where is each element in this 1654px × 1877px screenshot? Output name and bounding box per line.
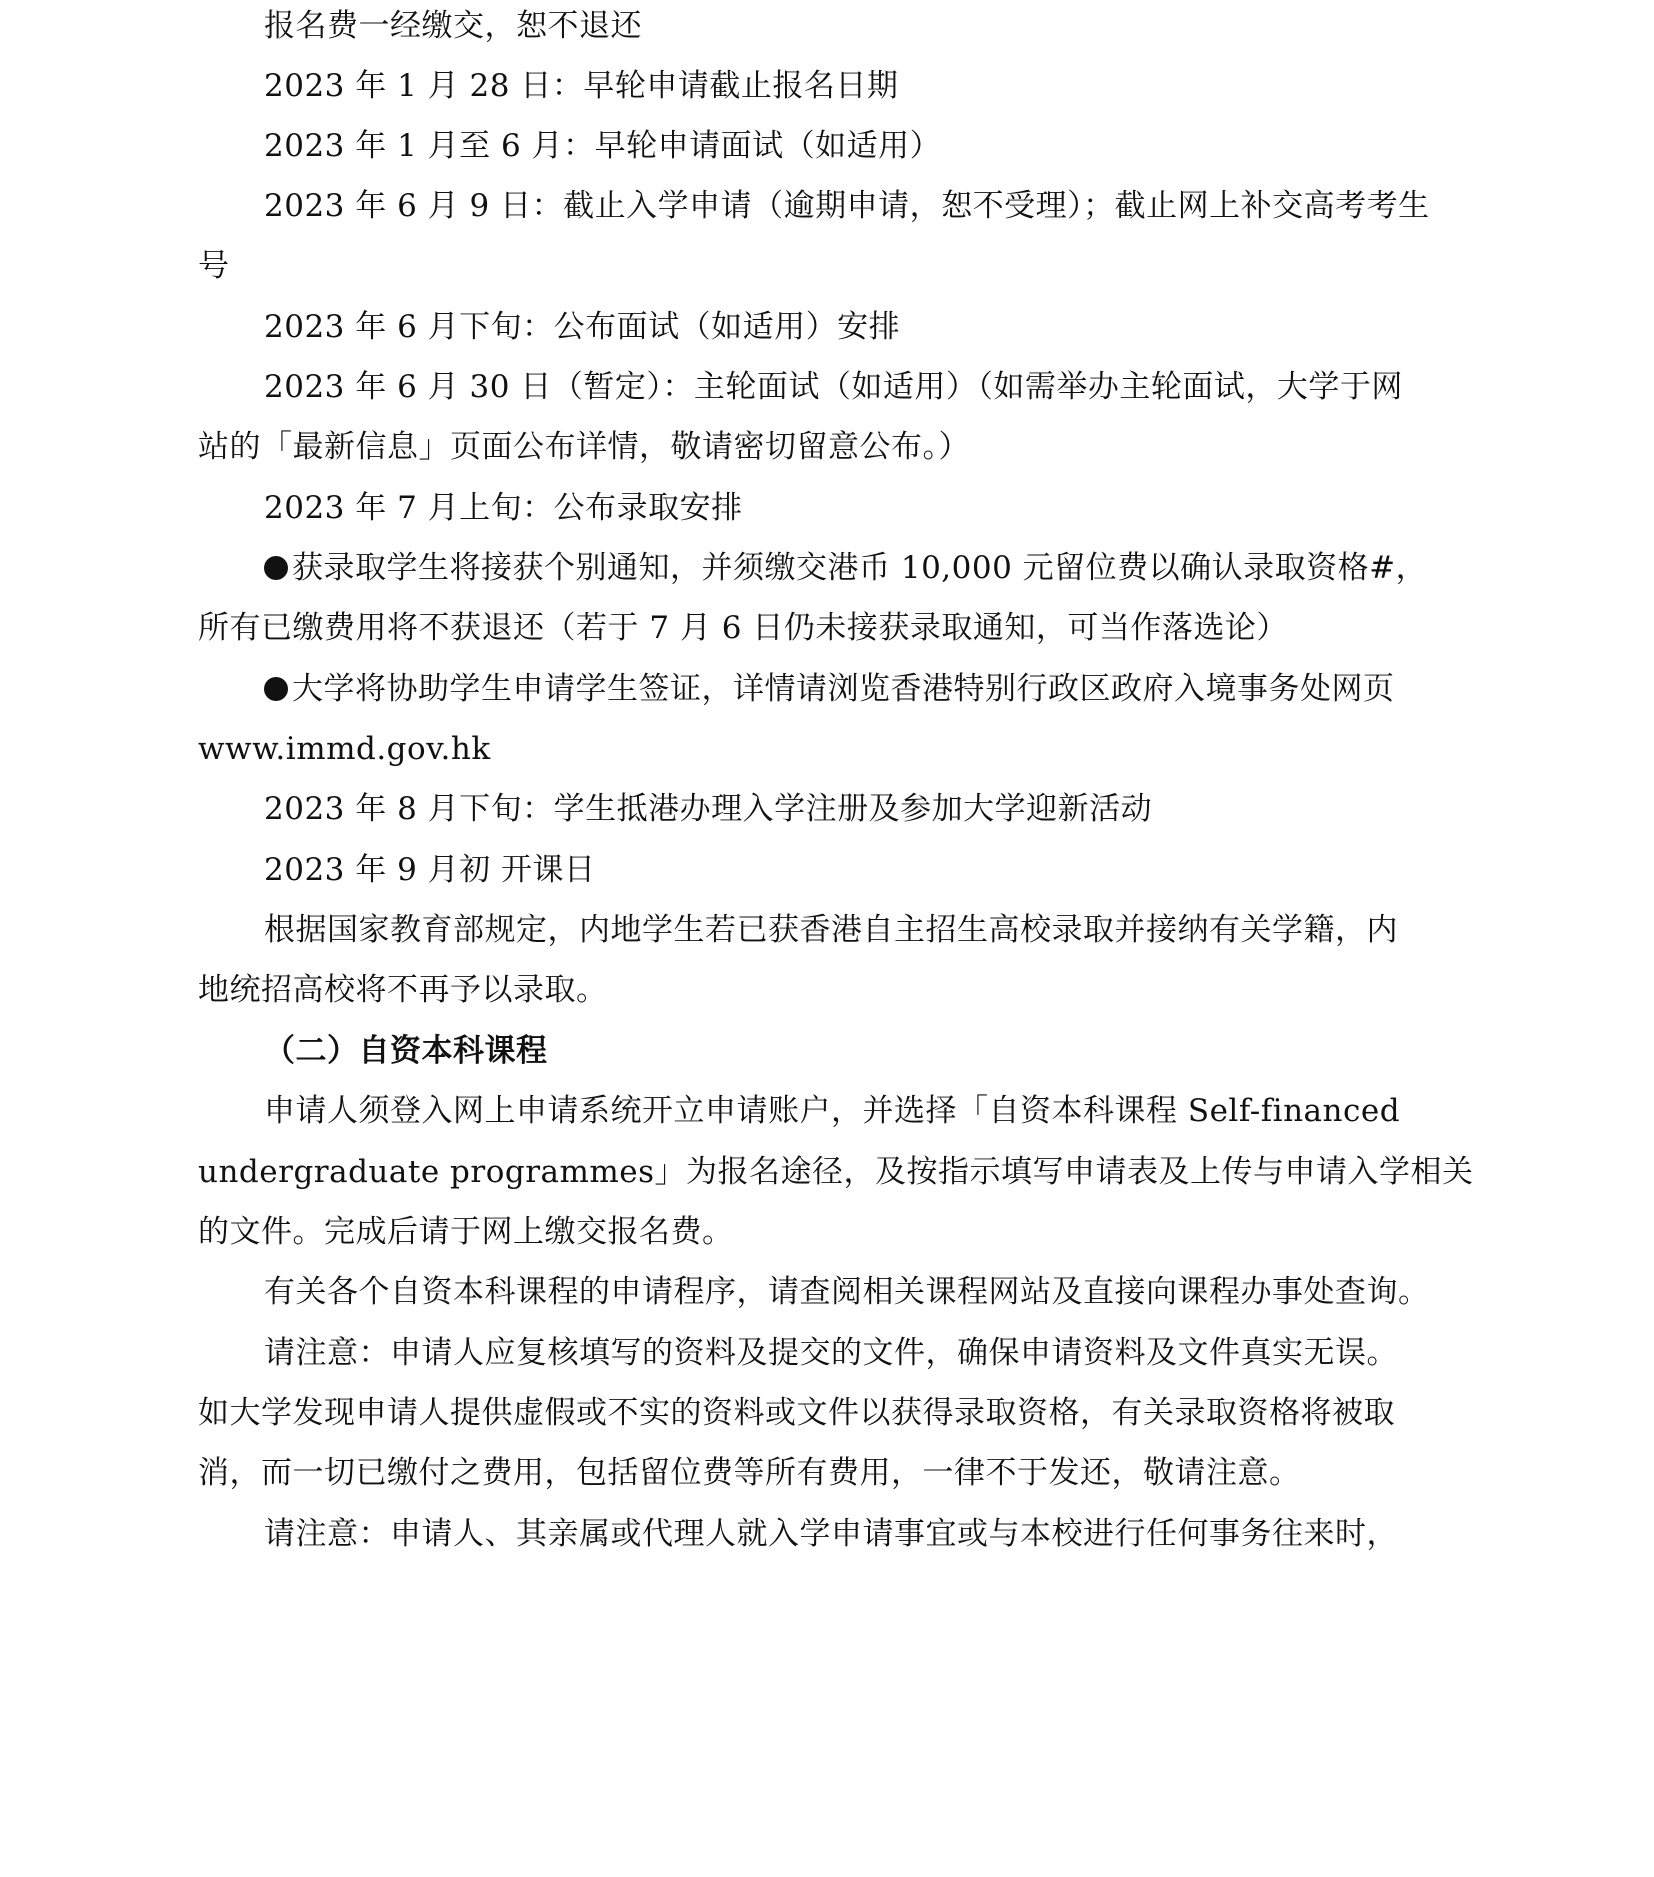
- online-application-continuation-2: 的文件。完成后请于网上缴交报名费。: [198, 1212, 734, 1252]
- early-round-interview-line: 2023 年 1 月至 6 月：早轮申请面试（如适用）: [264, 126, 941, 166]
- admission-notice-text: 获录取学生将接获个别通知，并须缴交港币 10,000 元留位费以确认录取资格#，: [292, 550, 1427, 586]
- main-round-interview-continuation: 站的「最新信息」页面公布详情，敬请密切留意公布。）: [198, 427, 970, 467]
- fee-nonrefundable-line: 报名费一经缴交，恕不退还: [264, 6, 642, 46]
- admission-notice-bullet: 获录取学生将接获个别通知，并须缴交港币 10,000 元留位费以确认录取资格#，: [264, 548, 1427, 588]
- immd-website-link[interactable]: www.immd.gov.hk: [198, 729, 491, 769]
- accuracy-notice-line: 请注意：申请人应复核填写的资料及提交的文件，确保申请资料及文件真实无误。: [264, 1333, 1398, 1373]
- student-visa-bullet: 大学将协助学生申请学生签证，详情请浏览香港特别行政区政府入境事务处网页: [264, 669, 1395, 709]
- moe-regulation-continuation: 地统招高校将不再予以录取。: [198, 970, 608, 1010]
- moe-regulation-line: 根据国家教育部规定，内地学生若已获香港自主招生高校录取并接纳有关学籍，内: [264, 910, 1398, 950]
- application-deadline-continuation: 号: [198, 246, 230, 286]
- bullet-icon: [264, 556, 288, 580]
- accuracy-notice-continuation-1: 如大学发现申请人提供虚假或不实的资料或文件以获得录取资格，有关录取资格将被取: [198, 1393, 1395, 1433]
- application-deadline-line: 2023 年 6 月 9 日：截止入学申请（逾期申请，恕不受理）；截止网上补交高…: [264, 186, 1430, 226]
- registration-orientation-line: 2023 年 8 月下旬：学生抵港办理入学注册及参加大学迎新活动: [264, 789, 1152, 829]
- early-round-deadline-line: 2023 年 1 月 28 日：早轮申请截止报名日期: [264, 66, 898, 106]
- interview-announcement-line: 2023 年 6 月下旬：公布面试（如适用）安排: [264, 307, 900, 347]
- admission-announcement-line: 2023 年 7 月上旬：公布录取安排: [264, 488, 743, 528]
- admission-notice-continuation: 所有已缴费用将不获退还（若于 7 月 6 日仍未接获录取通知，可当作落选论）: [198, 608, 1288, 648]
- semester-start-line: 2023 年 9 月初 开课日: [264, 850, 596, 890]
- main-round-interview-line: 2023 年 6 月 30 日（暂定）：主轮面试（如适用）（如需举办主轮面试，大…: [264, 367, 1403, 407]
- online-application-continuation-1: undergraduate programmes」为报名途径，及按指示填写申请表…: [198, 1152, 1474, 1192]
- bullet-icon: [264, 677, 288, 701]
- online-application-line: 申请人须登入网上申请系统开立申请账户，并选择「自资本科课程 Self-finan…: [264, 1091, 1400, 1131]
- conduct-notice-line: 请注意：申请人、其亲属或代理人就入学申请事宜或与本校进行任何事务往来时，: [264, 1514, 1398, 1554]
- student-visa-text: 大学将协助学生申请学生签证，详情请浏览香港特别行政区政府入境事务处网页: [292, 671, 1395, 707]
- section-heading-self-financed: （二）自资本科课程: [264, 1031, 548, 1071]
- programme-enquiry-line: 有关各个自资本科课程的申请程序，请查阅相关课程网站及直接向课程办事处查询。: [264, 1272, 1430, 1312]
- accuracy-notice-continuation-2: 消，而一切已缴付之费用，包括留位费等所有费用，一律不于发还，敬请注意。: [198, 1453, 1301, 1493]
